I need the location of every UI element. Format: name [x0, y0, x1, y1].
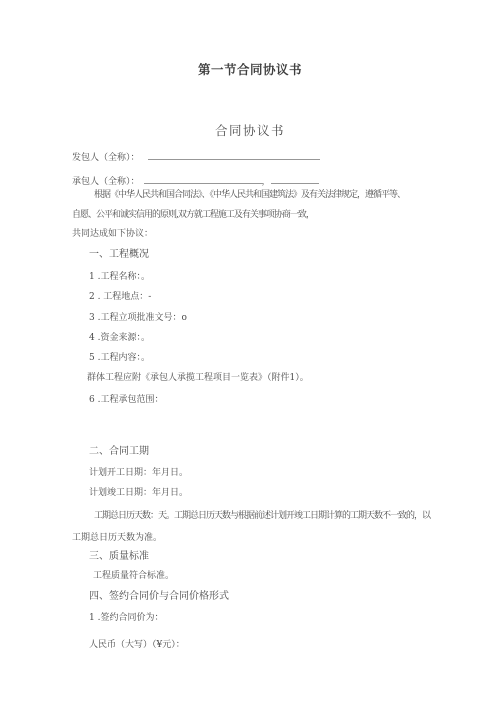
contractor-name-blank-1 [144, 170, 262, 184]
section3-quality-statement: 工程质量符合标准。 [72, 566, 174, 586]
section1-item-project-name: 1 .工程名称：。 [72, 267, 150, 287]
employer-name-blank [148, 146, 320, 160]
section2-duration-line-2: 工期总日历天数为准。 [72, 528, 162, 548]
section1-group-project-note: 群体工程应附《承包人承揽工程项目一览表》（附件1）。 [72, 368, 309, 388]
document-title: 合同协议书 [0, 121, 500, 141]
section2-duration-line-1: 工期总日历天数：天。工期总日历天数与根据前述计划开竣工日期计算的工期天数不一致的… [72, 506, 430, 526]
section2-planned-completion-date: 计划竣工日期：年月日。 [72, 483, 188, 503]
section2-heading: 二、合同工期 [72, 442, 149, 462]
preamble-line-2: 自愿、公平和诚实信用的原则,双方就工程施工及有关事项协商一致， [72, 205, 314, 225]
section1-heading: 一、工程概况 [72, 245, 149, 265]
section1-item-project-location: 2 . 工程地点：- [72, 287, 151, 307]
section1-item-project-content: 5 .工程内容：。 [72, 348, 150, 368]
chapter-heading: 第一节合同协议书 [0, 60, 500, 80]
section4-contract-price-item: 1 .签约合同价为： [72, 608, 163, 628]
contractor-name-blank-2 [271, 170, 319, 184]
employer-label: 发包人（全称）： [72, 153, 140, 163]
section1-item-contract-scope: 6 .工程承包范围： [72, 390, 163, 410]
contract-document-page: 第一节合同协议书 合同协议书 发包人（全称）： 承包人（全称）：， 根据《中华人… [0, 0, 500, 707]
preamble-line-3: 共同达成如下协议： [72, 224, 153, 244]
preamble-line-1: 根据《中华人民共和国合同法》、《中华人民共和国建筑法》及有关法律规定，遵循平等、 [72, 185, 405, 205]
employer-row: 发包人（全称）： [72, 146, 320, 166]
section1-item-funding-source: 4 .资金来源：。 [72, 328, 150, 348]
section3-heading: 三、质量标准 [72, 547, 149, 567]
section4-price-in-words: 人民币（大写）（¥元）： [72, 635, 185, 655]
section4-heading: 四、签约合同价与合同价格形式 [72, 587, 229, 607]
section2-planned-start-date: 计划开工日期：年月日。 [72, 463, 188, 483]
section1-item-approval-number: 3 .工程立项批准文号：o [72, 308, 187, 328]
